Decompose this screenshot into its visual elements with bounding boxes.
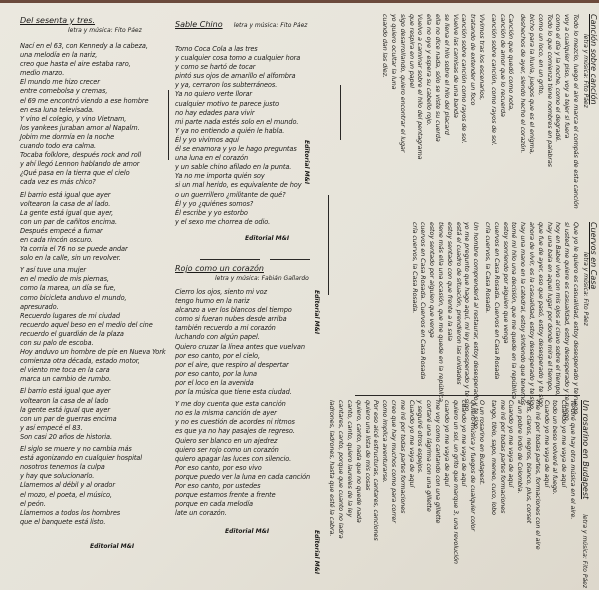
song-credit: letra y música: Fito Páez	[68, 27, 170, 34]
lyric-line: yo quiero ocultar la luna	[389, 14, 398, 224]
song-lyrics: Tomo Coca Cola a las tresy cualquier cos…	[175, 45, 335, 227]
lyric-line: deshechos de ayer, siendo hecho el coraz…	[518, 14, 527, 224]
lyric-line: Cuando yo me vaya de aquí	[542, 400, 551, 590]
lyric-line: cuervos en Casa Rosada. Cuervos en Casa …	[419, 222, 428, 402]
song-cuervos-en-casa: Cuervos en Casa letra y música: Fito Páe…	[407, 222, 598, 402]
lyric-line: Cuando yo me vaya de aquí	[559, 400, 568, 590]
lyric-line: voltearon la casa de al lado	[20, 397, 170, 406]
lyric-line: por el loco en la avenida	[175, 379, 340, 388]
section-divider	[270, 259, 310, 260]
lyric-line: cortaré una lágrima con una gillette	[424, 400, 433, 590]
lyric-line: que respira en un papel	[407, 14, 416, 224]
stanza: Tomo Coca Cola a las tresy cualquier cos…	[175, 45, 335, 227]
lyric-line: medio marzo.	[20, 69, 170, 78]
stanza: Te diré que hay otra música en el aire.C…	[489, 400, 577, 590]
stanza: Un hombre comprenderá al restaurar, esto…	[410, 222, 480, 402]
lyric-line: Tomo Coca Cola a las tres	[175, 45, 335, 54]
editorial-stamp: Editorial M&I	[90, 543, 170, 550]
stanza: El siglo se muere y no cambia másestá ag…	[20, 445, 170, 527]
lyric-line: cuando todo era calma.	[20, 142, 170, 151]
column-divider	[168, 90, 169, 160]
section-divider	[200, 259, 260, 260]
song-cancion-sobre-cancion: Canción sobre canción letra y música: Fi…	[377, 14, 598, 224]
lyric-line: recuerdo el guardián de la plaza	[20, 330, 170, 339]
lyric-line: como un loco, en un grito,	[536, 14, 545, 224]
lyric-line: tiene más ella una ocasión, que me quede…	[436, 222, 445, 402]
lyric-line: Son casi 20 años de historia.	[20, 433, 170, 442]
lyric-line: apresurado.	[20, 303, 170, 312]
song-title: Sable Chino	[175, 20, 223, 29]
lyric-line: Hoy anduvo un hombre de pie en Nueva Yor…	[20, 348, 170, 357]
stanza: O un rosarino en Budapest.Quiero música …	[328, 400, 486, 590]
editorial-stamp-rotated: Editorial M&I	[311, 290, 330, 334]
lyric-line: nosotros tenemos la culpa	[20, 463, 170, 472]
lyric-line: y el sexo me chorrea de odio.	[175, 218, 335, 227]
lyric-line: Quiero música y fuegos de cualquier colo…	[468, 400, 477, 590]
song-credit: letra y música: Fabián Gallardo	[215, 275, 340, 282]
lyric-line: como el día y la noche, como el degradé.	[554, 14, 563, 224]
lyric-line: canción sobre canción como rayos de sol.	[460, 14, 469, 224]
song-title: Un rosarino en Budapest	[581, 400, 590, 499]
lyric-line: se llena el hilo sobre el hilo del placa…	[442, 14, 451, 224]
lyric-line: Por eso canto, por ustedes	[175, 482, 340, 491]
lyric-line: está agonizando en cualquier hospital	[20, 454, 170, 463]
lyric-line: bicho para la lluvia, juegos que es el e…	[527, 14, 536, 224]
lyric-line: quiero, canto, nada que no quede nada	[354, 400, 363, 590]
lyric-line: El siglo se muere y no cambia más	[20, 445, 170, 454]
lyric-line: entre comebolsa y cremas,	[20, 87, 170, 96]
lyric-line: Ya no quiero verte llorar	[175, 90, 335, 99]
lyric-line: recuerdo aquel beso en el medio del cine	[20, 321, 170, 330]
lyric-line: Después empecé a fumar	[20, 227, 170, 236]
lyric-line: cualquier motivo te parece justo	[175, 100, 335, 109]
lyric-line: canto, canto, quiero laureles de la ley	[345, 400, 354, 590]
lyric-line: Te diré que hay otra música en el aire.	[568, 400, 577, 590]
lyric-line: ella no oye y espera su cabello rojo.	[424, 14, 433, 224]
lyric-line: quiero un sol, un grito que marque 3, un…	[451, 400, 460, 590]
stanza: Que yo le quiero es casualidad, estoy de…	[483, 222, 580, 402]
lyric-line: a un pobre indio de Colombia.	[515, 400, 524, 590]
lyric-line: y cualquier cosa tomo a cualquier hora	[175, 54, 335, 63]
lyric-line: por eso canto, por el cielo,	[175, 352, 340, 361]
lyric-line: ladrones, ladrones, hasta que esté la ca…	[328, 400, 337, 590]
song-del-sesenta-y-tres: Del sesenta y tres. letra y música: Fito…	[20, 16, 170, 550]
lyric-line: me iré por todas partes, formaciones con…	[533, 400, 542, 590]
stanza: El barrio está igual que ayervoltearon l…	[20, 191, 170, 264]
lyric-line: y ahí llegó Lennon hablando de amor	[20, 160, 170, 169]
song-lyrics: Nací en el 63, con Kennedy a la cabeza,u…	[20, 42, 170, 527]
lyric-line: la gente está igual que ayer	[20, 406, 170, 415]
lyric-line: en el medio de mis piernas,	[20, 275, 170, 284]
lyric-line: La gente está igual que ayer,	[20, 209, 170, 218]
lyric-line: hay una mano en la catedral, estoy sinti…	[518, 222, 527, 402]
lyric-line: el viento me toca en la cara	[20, 366, 170, 375]
lyric-line: Que yo le quiero es casualidad, estoy de…	[571, 222, 580, 402]
lyric-line: una melodía en la nariz,	[20, 51, 170, 60]
stanza: Todo lo mezclo, luego el aire marca el c…	[518, 14, 580, 224]
lyric-line: porque estamos frente a frente	[175, 491, 340, 500]
lyric-line: sigo desarrollando, quiero encontrar el …	[398, 14, 407, 224]
lyric-line: Canción que quedó como nota,	[507, 14, 516, 224]
lyric-line: solo en la calle, sin un revolver.	[20, 254, 170, 263]
lyric-line: está el cuadro de situación, prendieron …	[454, 222, 463, 402]
lyric-line: ella no dice nada, sólo se viste su cuer…	[433, 14, 442, 224]
lyric-line: cuando yo me vaya de aquí	[442, 400, 451, 590]
song-lyrics: Que yo le quiero es casualidad, estoy de…	[410, 222, 580, 402]
lyric-line: quiero apagar las luces con silencio.	[175, 455, 340, 464]
editorial-stamp: Editorial M&I	[245, 235, 335, 242]
lyric-line: me iré por todas partes formaciones	[498, 400, 507, 590]
lyric-line: Y vino el colegio, y vino Vietnam,	[20, 115, 170, 124]
lyric-line: comienza otra década, estado motor,	[20, 357, 170, 366]
song-sable-chino: Sable Chino letra y música: Fito Páez To…	[175, 12, 335, 242]
editorial-stamp-rotated: Editorial M&I	[301, 140, 320, 184]
stanza: Y me doy cuenta que esta canciónno es la…	[175, 400, 340, 518]
lyric-line: El barrio está igual que ayer	[20, 387, 170, 396]
lyric-line: como bicicleta anduvo el mundo,	[20, 294, 170, 303]
lyric-line: Y ya no entiendo a quién le habla.	[175, 127, 335, 136]
lyric-line: Todo lo mezclo, luego el aire marca el c…	[571, 14, 580, 224]
lyric-line: voy a cualquier piso, voy a tejer si fue…	[562, 14, 571, 224]
lyric-line: tango, tibio, sapo, meneo, cuco, lobo	[489, 400, 498, 590]
stanza: Nací en el 63, con Kennedy a la cabeza,u…	[20, 42, 170, 188]
lyric-line: Quiero cruzar la línea antes que vuelvan	[175, 343, 340, 352]
lyric-line: como la marea, un día se fue,	[20, 284, 170, 293]
lyric-line: con su palo de escoba.	[20, 339, 170, 348]
song-lyrics: Todo lo mezclo, luego el aire marca el c…	[380, 14, 580, 224]
lyric-line: voltearon la casa de al lado.	[20, 200, 170, 209]
lyric-line: o un guerrillero ¿militante de qué?	[175, 191, 335, 200]
lyric-line: canción de amor que lo recuerda	[498, 14, 507, 224]
lyric-line: estoy sentado por alguien que venga	[427, 222, 436, 402]
lyric-line: Él escribe y yo estorbo	[175, 209, 335, 218]
lyric-line: por eso canto, por la luna	[175, 370, 340, 379]
lyric-line: los yankees juraban amor al Napalm.	[20, 124, 170, 133]
lyric-line: Por eso alcé estructuras, cantares, canc…	[372, 400, 381, 590]
lyric-line: no hay edades para vivir	[175, 109, 335, 118]
lyric-line: luchando con algún papel.	[175, 333, 340, 342]
page-top-edge	[0, 0, 599, 3]
lyric-line: cría cuervos, la Casa Rosada.	[410, 222, 419, 402]
lyric-line: Quiero ser blanco en un ajedrez	[175, 437, 340, 446]
lyric-line: cuando dan las diez.	[380, 14, 389, 224]
lyric-line: Tocaba folklore, después rock and roll	[20, 151, 170, 160]
lyric-line: Recuerdo lugares de mi ciudad	[20, 312, 170, 321]
lyric-line: cría cuervos, la Casa Rosada.	[483, 222, 492, 402]
lyric-line: hay una bala en aquel lugar por donde mi…	[545, 222, 554, 402]
lyric-line: ahora de vivir, es la casualidad, estoy …	[527, 222, 536, 402]
lyric-line: Llamemos al débil y al orador	[20, 481, 170, 490]
lyric-line: por el aire, que respiro al despertar	[175, 361, 340, 370]
song-credit: letra y música: Fito Páez	[582, 34, 589, 224]
lyric-line: como implica aventurarse.	[380, 400, 389, 590]
lyric-line: mi parte nada estés solo en el mundo.	[175, 118, 335, 127]
lyric-line: en cada rincón oscuro.	[20, 236, 170, 245]
lyric-line: pintó sus ojos de amarillo el alfombra	[175, 72, 335, 81]
lyric-line: cuando yo me vaya de aquí	[460, 400, 469, 590]
lyric-line: creo que hay muchos como para correr	[389, 400, 398, 590]
lyric-line: Todo lo que comienza tiene nombres en pa…	[545, 14, 554, 224]
lyric-line: marca un cambio de rumbo.	[20, 375, 170, 384]
lyric-line: Nací en el 63, con Kennedy a la cabeza,	[20, 42, 170, 51]
song-title: Rojo como un corazón	[175, 264, 340, 273]
stanza: Canción que quedó como nota,canción de a…	[489, 14, 515, 224]
lyric-line: en esa luna televisada.	[20, 106, 170, 115]
lyric-line: Jobim me dormía en la noche	[20, 133, 170, 142]
song-title: Del sesenta y tres.	[20, 16, 170, 25]
lyric-line: el peón.	[20, 500, 170, 509]
section-divider	[355, 395, 580, 396]
song-un-rosarino-en-budapest: Un rosarino en Budapest letra y música: …	[325, 400, 598, 590]
lyric-line: estoy sonriendo por alguien que venga	[501, 222, 510, 402]
lyric-line: estoy sentado con que frente a la sala	[445, 222, 454, 402]
lyric-line: el mozo, el poeta, el músico,	[20, 491, 170, 500]
lyric-line: Y así tuve una mujer	[20, 266, 170, 275]
lyric-line: que fue de ayer, eso que pasó, estoy des…	[536, 222, 545, 402]
lyric-line: Vuelve las camisas de una banda	[451, 14, 460, 224]
lyric-line: Y me doy cuenta que esta canción	[175, 400, 340, 409]
lyric-line: El mundo me hizo crecer	[20, 78, 170, 87]
lyric-line: quiero ser rojo como un corazón	[175, 446, 340, 455]
lyric-line: el 69 me encontró viendo a ese hombre	[20, 97, 170, 106]
lyric-line: y así empecé el 83.	[20, 424, 170, 433]
lyric-line: porque puedo ver la luna en cada canción	[175, 473, 340, 482]
song-title: Canción sobre canción	[589, 14, 598, 224]
stanza: El barrio está igual que ayervoltearon l…	[20, 387, 170, 442]
lyric-line: y no es cuestión de acordes ni ritmos	[175, 418, 340, 427]
stanza: Vivimos tras los escenarios,tratando de …	[380, 14, 486, 224]
lyric-line: me iré por todas partes formaciones	[398, 400, 407, 590]
lyric-line: con un par de cañitos encima.	[20, 218, 170, 227]
lyric-line: gris, claros, negros, blanco, plus, cors…	[524, 400, 533, 590]
lyric-line: con un par de guerras encima	[20, 415, 170, 424]
lyric-line: tratando de extender un foco	[468, 14, 477, 224]
lyric-line: y hay que solucionarlo.	[20, 472, 170, 481]
lyric-line: es que ya no hay pasajes de regreso.	[175, 427, 340, 436]
song-credit: letra y música: Fito Páez	[582, 252, 589, 402]
lyric-line: Cuando yo me vaya de aquí	[407, 400, 416, 590]
lyric-line: late un corazón.	[175, 509, 340, 518]
lyric-line: y seguiré otros espejos.	[416, 400, 425, 590]
lyric-line: cantares, canto, porque que cuanto no la…	[336, 400, 345, 590]
song-credit: letra y música: Fito Páez	[581, 514, 588, 588]
lyric-line: Llamemos a todos los hombres	[20, 509, 170, 518]
stanza: Y así tuve una mujeren el medio de mis p…	[20, 266, 170, 384]
lyric-line: O un rosarino en Budapest.	[477, 400, 486, 590]
lyric-line: creo que hasta el aire estaba raro,	[20, 60, 170, 69]
lyric-line: Él y yo ¿quiénes somos?	[175, 200, 335, 209]
song-lyrics: Te diré que hay otra música en el aire.C…	[328, 400, 577, 590]
lyric-line: cuervos en Casa Rosada. Cuervos en Casa …	[492, 222, 501, 402]
lyric-line: Un hombre comprenderá al restaurar, esto…	[471, 222, 480, 402]
lyric-line: Cuando yo me vaya de aquí	[507, 400, 516, 590]
lyric-line: no es la misma canción de ayer	[175, 409, 340, 418]
lyric-line: canción sobre canción, como rayos de sol…	[489, 14, 498, 224]
lyric-line: todo un beso volveré al fuego.	[551, 400, 560, 590]
column-divider	[340, 85, 341, 140]
song-credit: letra y música: Fito Páez	[234, 22, 308, 29]
lyric-sheet-page: Del sesenta y tres. letra y música: Fito…	[0, 0, 599, 590]
lyric-line: porque en cada melodía	[175, 500, 340, 509]
lyric-line: tomé mi hilo una decisión, que me quede …	[510, 222, 519, 402]
lyric-line: Por eso canto, por eso vivo	[175, 464, 340, 473]
lyric-line: hoy en Babel vivo con mis ojos al clavo …	[554, 222, 563, 402]
lyric-line: por la música que tiene esta ciudad.	[175, 388, 340, 397]
lyric-line: que el banquete está listo.	[20, 518, 170, 527]
column-divider	[328, 195, 329, 295]
lyric-line: y como se hartó de tocar	[175, 63, 335, 72]
lyric-line: cada vez es más chico?	[20, 178, 170, 187]
lyric-line: y ya, cerraron los subterráneos.	[175, 81, 335, 90]
lyric-line: Vivimos tras los escenarios,	[477, 14, 486, 224]
lyric-line: El barrio está igual que ayer	[20, 191, 170, 200]
song-title: Cuervos en Casa	[589, 222, 598, 402]
lyric-line: me voy como cantando con una gillette	[433, 400, 442, 590]
lyric-line: quiero una lista de mis cosas	[363, 400, 372, 590]
lyric-line: ¿Qué pasa en la tierra que el cielo	[20, 169, 170, 178]
lyric-line: Ya corría el 76 no se puede andar	[20, 245, 170, 254]
lyric-line: Vuelvo a caminar sobre el hilo del penta…	[416, 14, 425, 224]
lyric-line: yo me pregunto que hago aquí, mi ley des…	[463, 222, 472, 402]
lyric-line: si usted me quiere es casualidad, estoy …	[562, 222, 571, 402]
